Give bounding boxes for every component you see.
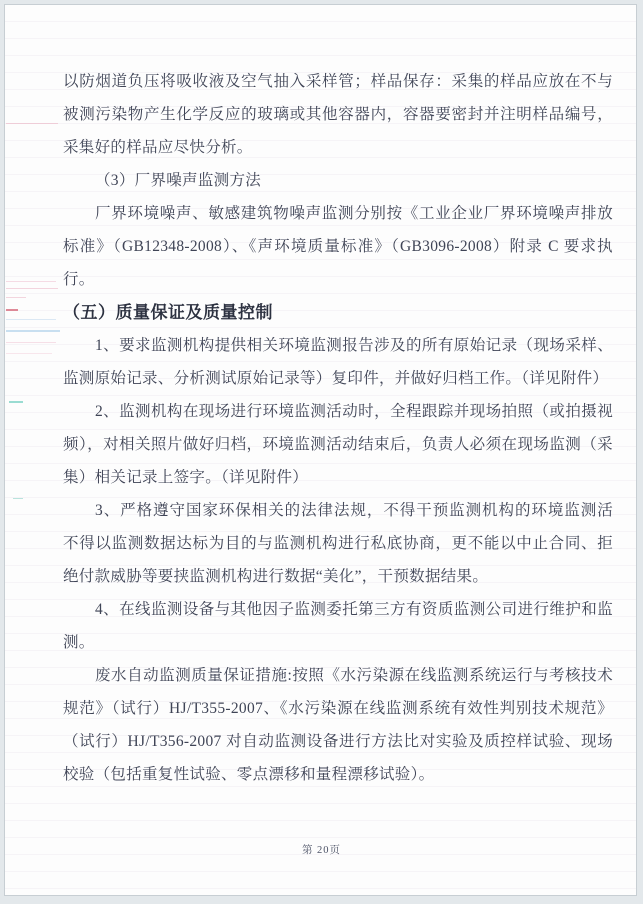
body-line: 频），对相关照片做好归档，环境监测活动结束后，负责人必须在现场监测（采 [63,428,613,461]
body-line: 测。 [63,626,613,659]
scan-artifact [6,353,52,354]
body-line: 采集好的样品应尽快分析。 [63,131,613,164]
body-line: 被测污染物产生化学反应的玻璃或其他容器内，容器要密封并注明样品编号， [63,98,613,131]
body-line: 绝付款威胁等要挟监测机构进行数据“美化”，干预数据结果。 [63,560,613,593]
body-line: 2、监测机构在现场进行环境监测活动时，全程跟踪并现场拍照（或拍摄视 [63,395,613,428]
scan-artifact [6,342,56,343]
scan-artifact [6,330,60,332]
page-number: 第 20页 [5,842,637,857]
body-line: 行。 [63,263,613,296]
scan-artifact [9,401,23,403]
scan-artifact [6,288,58,289]
subsection-title: （3）厂界噪声监测方法 [63,164,613,197]
body-line: 以防烟道负压将吸收液及空气抽入采样管；样品保存：采集的样品应放在不与 [63,65,613,98]
body-line: 3、严格遵守国家环保相关的法律法规，不得干预监测机构的环境监测活动， [63,494,613,527]
scan-artifact [13,498,23,499]
body-line: 集）相关记录上签字。（详见附件） [63,461,613,494]
body-line: 废水自动监测质量保证措施:按照《水污染源在线监测系统运行与考核技术 [63,659,613,692]
body-line: 1、要求监测机构提供相关环境监测报告涉及的所有原始记录（现场采样、 [63,329,613,362]
body-line: 标准》（GB12348-2008）、《声环境质量标准》（GB3096-2008）… [63,230,613,263]
scan-artifact [6,309,18,311]
scan-artifact [6,297,26,298]
document-body: 以防烟道负压将吸收液及空气抽入采样管；样品保存：采集的样品应放在不与 被测污染物… [63,65,613,791]
body-line: 规范》（试行）HJ/T355-2007、《水污染源在线监测系统有效性判别技术规范… [63,692,613,725]
scan-artifact [6,319,56,320]
body-line: 4、在线监测设备与其他因子监测委托第三方有资质监测公司进行维护和监 [63,593,613,626]
body-line: 厂界环境噪声、敏感建筑物噪声监测分别按《工业企业厂界环境噪声排放 [63,197,613,230]
body-line: 校验（包括重复性试验、零点漂移和量程漂移试验）。 [63,758,613,791]
scan-artifact [6,281,56,282]
scan-artifact [6,123,58,124]
section-heading: （五）质量保证及质量控制 [63,296,613,329]
document-page: 以防烟道负压将吸收液及空气抽入采样管；样品保存：采集的样品应放在不与 被测污染物… [4,4,637,896]
body-line: 监测原始记录、分析测试原始记录等）复印件，并做好归档工作。（详见附件） [63,362,613,395]
body-line: 不得以监测数据达标为目的与监测机构进行私底协商，更不能以中止合同、拒 [63,527,613,560]
body-line: （试行）HJ/T356-2007 对自动监测设备进行方法比对实验及质控样试验、现… [63,725,613,758]
